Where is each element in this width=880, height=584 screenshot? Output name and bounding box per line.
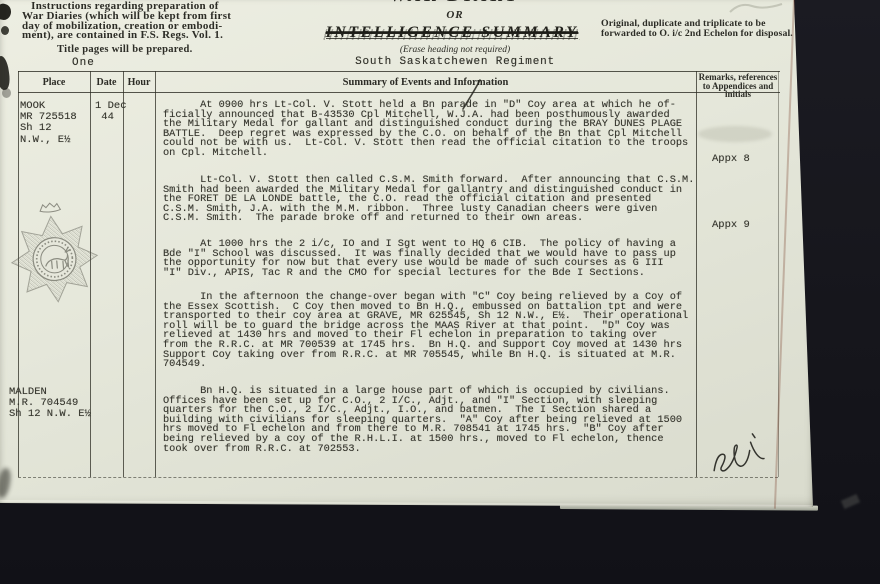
strikethrough-hatch xyxy=(322,29,580,40)
summary-header: Summary of Events and Information xyxy=(155,77,696,88)
ink-blot xyxy=(0,2,13,21)
regimental-cap-badge-stamp-icon xyxy=(4,196,105,310)
summary-paragraph-1: At 0900 hrs Lt-Col. V. Stott held a Bn p… xyxy=(163,101,688,159)
hour-summary-rule xyxy=(155,71,156,477)
handwritten-slash-mark xyxy=(455,78,485,112)
instructions-note: Instructions regarding preparation of Wa… xyxy=(22,2,231,41)
table-bottom-rule xyxy=(18,477,778,478)
remarks-header: Remarks, references to Appendices and in… xyxy=(697,73,779,99)
summary-remarks-rule xyxy=(696,71,697,477)
summary-paragraph-5: Bn H.Q. is situated in a large house par… xyxy=(163,387,682,454)
date-header: Date xyxy=(90,77,123,88)
place-header: Place xyxy=(18,77,90,88)
erase-heading-note: (Erase heading not required) xyxy=(340,45,570,55)
summary-paragraph-3: At 1000 hrs the 2 i/c, IO and I Sgt went… xyxy=(163,240,676,278)
summary-paragraph-2: Lt-Col. V. Stott then called C.S.M. Smit… xyxy=(163,176,694,224)
pencil-smudge-mark xyxy=(726,0,786,18)
paper-smudge xyxy=(698,126,772,142)
ink-blot xyxy=(2,88,11,98)
or-label: OR xyxy=(330,9,580,21)
remark-appx-9: Appx 9 xyxy=(712,219,750,231)
title-pages-note: Title pages will be prepared. xyxy=(57,44,193,55)
distribution-note: Original, duplicate and triplicate to be… xyxy=(601,19,796,39)
corner-smudge xyxy=(0,467,13,499)
date-entry: 1 Dec 44 xyxy=(95,101,127,123)
paper-bottom-edge-highlight xyxy=(0,500,812,507)
signature-scribble xyxy=(697,424,795,482)
war-diary-photo: Instructions regarding preparation of Wa… xyxy=(0,0,880,584)
unit-name: South Saskatchewen Regiment xyxy=(320,56,590,68)
place-entry-malden: MALDEN M.R. 704549 Sh 12 N.W. E½ xyxy=(9,387,91,421)
summary-paragraph-4: In the afternoon the change-over began w… xyxy=(163,293,688,370)
page-corner-streak xyxy=(841,494,860,509)
place-entry-mook: MOOK MR 725518 Sh 12 N.W., E½ xyxy=(20,101,77,146)
ink-blot xyxy=(1,26,9,35)
header-bottom-rule xyxy=(18,92,780,93)
page-number: One xyxy=(72,57,95,69)
hour-header: Hour xyxy=(123,77,155,88)
date-hour-rule xyxy=(123,71,124,477)
table-top-rule xyxy=(18,71,780,72)
war-diary-title: WAR DIARY xyxy=(330,0,580,7)
remark-appx-8: Appx 8 xyxy=(712,153,750,165)
ink-blot xyxy=(0,55,11,90)
war-diary-page: Instructions regarding preparation of Wa… xyxy=(0,0,816,510)
